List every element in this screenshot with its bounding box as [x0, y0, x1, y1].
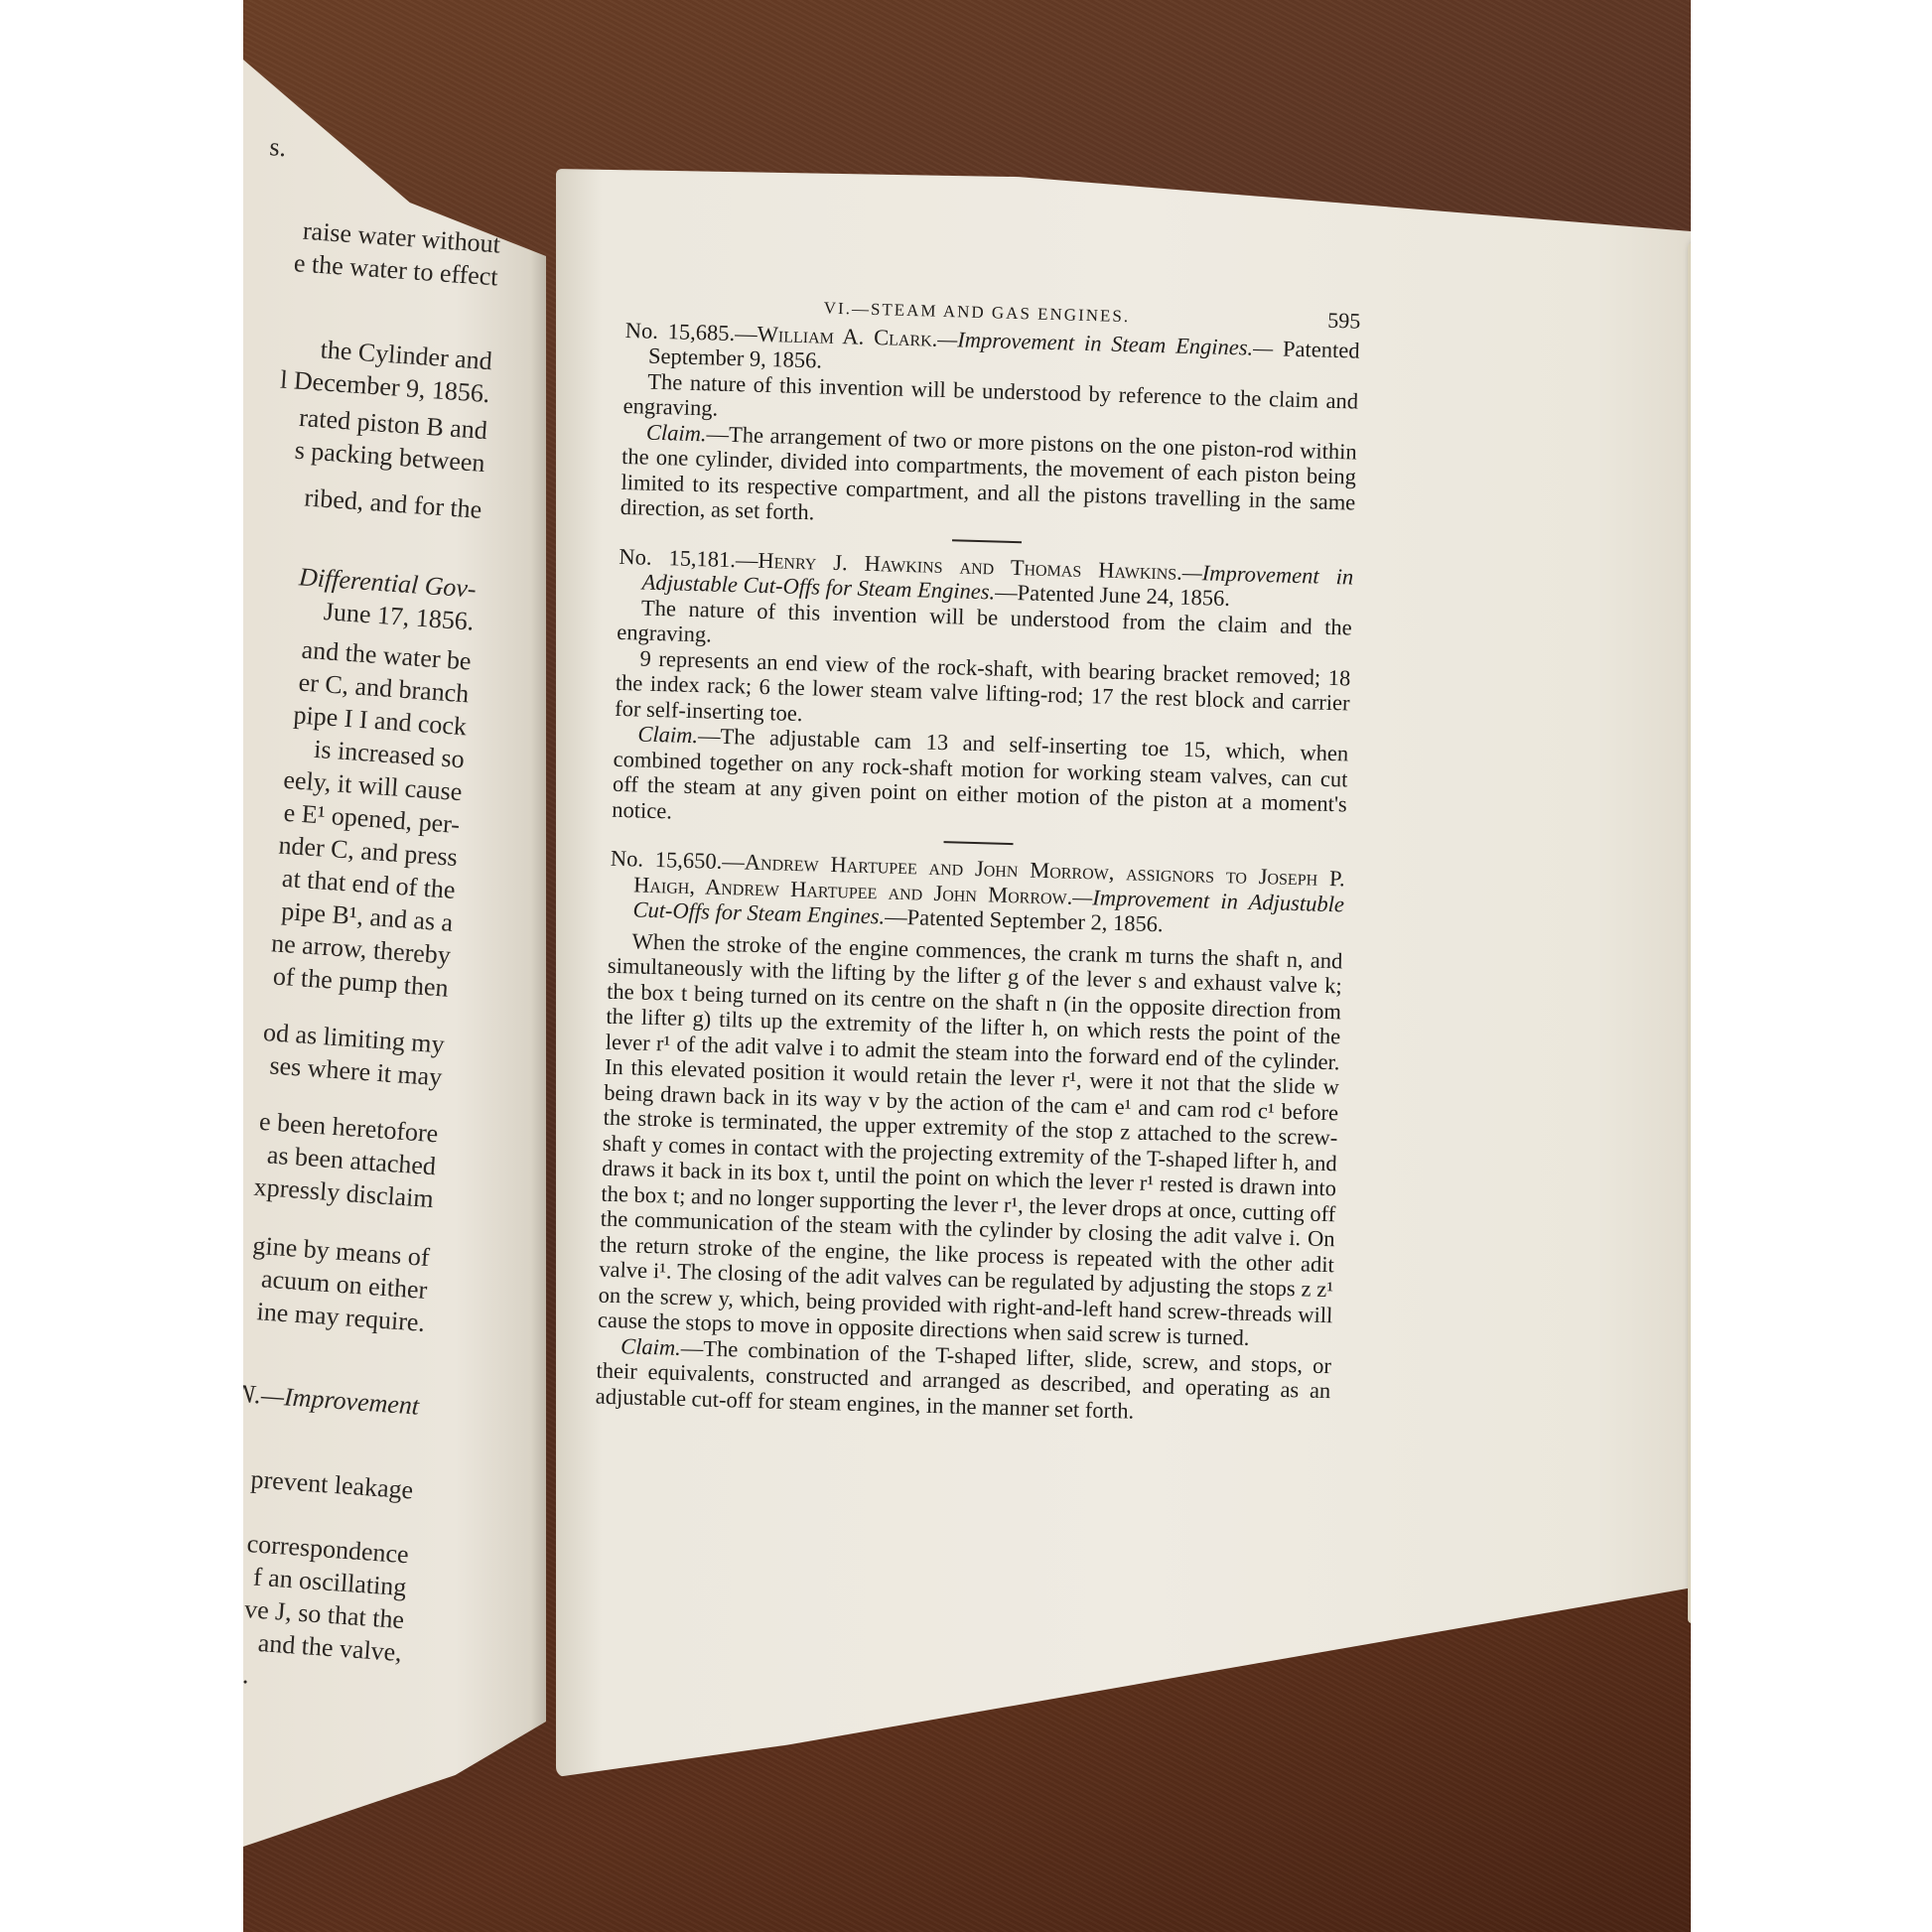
book-photo: s. raise water without e the water to ef…: [243, 0, 1691, 1932]
claim-text: —The adjustable cam 13 and self-insertin…: [612, 723, 1349, 823]
text-fragment: N.—Improvement: [243, 1377, 420, 1423]
patent-entry: No. 15,650.—Andrew Hartupee and John Mor…: [595, 846, 1345, 1429]
claim-paragraph: Claim.—The arrangement of two or more pi…: [620, 418, 1357, 540]
claim-label: Claim.: [637, 722, 698, 749]
patent-number: No. 15,685.—: [624, 317, 758, 345]
patent-number: No. 15,650.—: [611, 846, 746, 875]
text-fragment: s.: [268, 130, 287, 164]
entry-heading: No. 15,650.—Andrew Hartupee and John Mor…: [609, 846, 1345, 942]
left-page: s. raise water without e the water to ef…: [243, 60, 546, 1847]
claim-paragraph: Claim.—The adjustable cam 13 and self-in…: [612, 721, 1349, 843]
text-fragment: ated.: [243, 1655, 250, 1691]
section-divider: [952, 539, 1022, 543]
patent-number: No. 15,181.—: [619, 543, 759, 572]
entry-paragraph: When the stroke of the engine commences,…: [598, 927, 1343, 1353]
claim-label: Claim.: [646, 419, 707, 446]
claim-label: Claim.: [621, 1333, 681, 1360]
section-divider: [944, 841, 1014, 845]
patent-entry: No. 15,181.—Henry J. Hawkins and Thomas …: [612, 543, 1354, 842]
right-page-text: VI.—STEAM AND GAS ENGINES. 595 No. 15,68…: [595, 288, 1360, 1437]
text-fragment: prevent leakage: [250, 1462, 415, 1506]
claim-text: —The arrangement of two or more pistons …: [620, 421, 1357, 525]
text-fragment: ribed, and for the: [303, 481, 483, 525]
patent-entry: No. 15,685.—William A. Clark.—Improvemen…: [620, 317, 1359, 540]
page-edges: [1688, 243, 1691, 1623]
page-number: 595: [1327, 308, 1361, 334]
